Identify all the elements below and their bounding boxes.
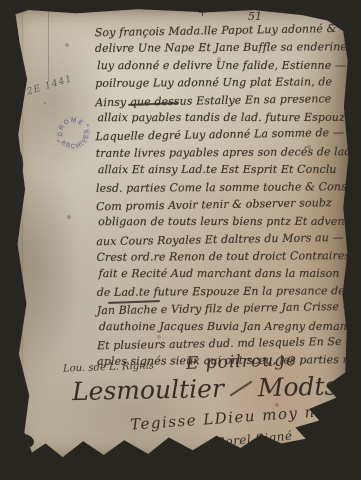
document-scan: + 51 2E 1441 DROME ARCHIVES Soy françois… — [0, 0, 361, 480]
manuscript-line: fait e Recité Aud marchant dans la maiso… — [99, 265, 353, 283]
paper-tear-hole — [7, 238, 16, 262]
signature-flourish — [229, 380, 252, 396]
manuscript-line: allaix Et ainsy Lad.te Est Esprit Et Con… — [98, 161, 352, 179]
manuscript-line: Crest ord.re Renon de tout droict Contra… — [96, 247, 350, 266]
manuscript-line: obligaon de touts leurs biens pntz Et ad… — [98, 213, 352, 231]
handwriting-block: Soy françois Mada.lle Papot Luy adonné &… — [95, 21, 351, 371]
manuscript-line: trante livres payables apres son decés d… — [96, 143, 350, 162]
paper-tear-hole — [7, 53, 24, 83]
stamp-dot — [57, 140, 59, 142]
closing-note: Lou. sde L. Rignis — [63, 360, 154, 374]
paper-speckles — [8, 6, 10, 8]
signature-lesmoultier: Lesmoultier — [72, 374, 224, 406]
stamp-dot — [87, 124, 89, 126]
signature-modtsuy: Modtsuy — [258, 371, 361, 402]
manuscript-line: luy adonné e delivre Une falide, Estienn… — [97, 57, 351, 75]
signature-notary: Tegisse LDieu moy not.e — [130, 400, 351, 433]
paper-tear-hole — [8, 145, 24, 178]
paper-crease — [48, 8, 49, 82]
paper-tear-hole — [6, 92, 16, 112]
manuscript-page: + 51 2E 1441 DROME ARCHIVES Soy françois… — [8, 6, 350, 464]
paper-crease — [22, 6, 23, 464]
paper-tear-hole — [13, 432, 35, 450]
signature-row: Lesmoultier Modtsuy — [72, 371, 361, 406]
margin-note: 2E 1441 — [25, 73, 73, 97]
manuscript-line: Ainsy que dessus Estallye En sa presence — [95, 89, 349, 111]
cross-mark: + — [198, 6, 207, 19]
manuscript-line: delivre Une Nape Et Jane Buffle sa ender… — [95, 39, 349, 58]
paper-stain — [8, 162, 83, 364]
signature-poilrouge: E poilrouge — [186, 350, 298, 374]
signature-borel: Borel Signé — [216, 429, 294, 450]
